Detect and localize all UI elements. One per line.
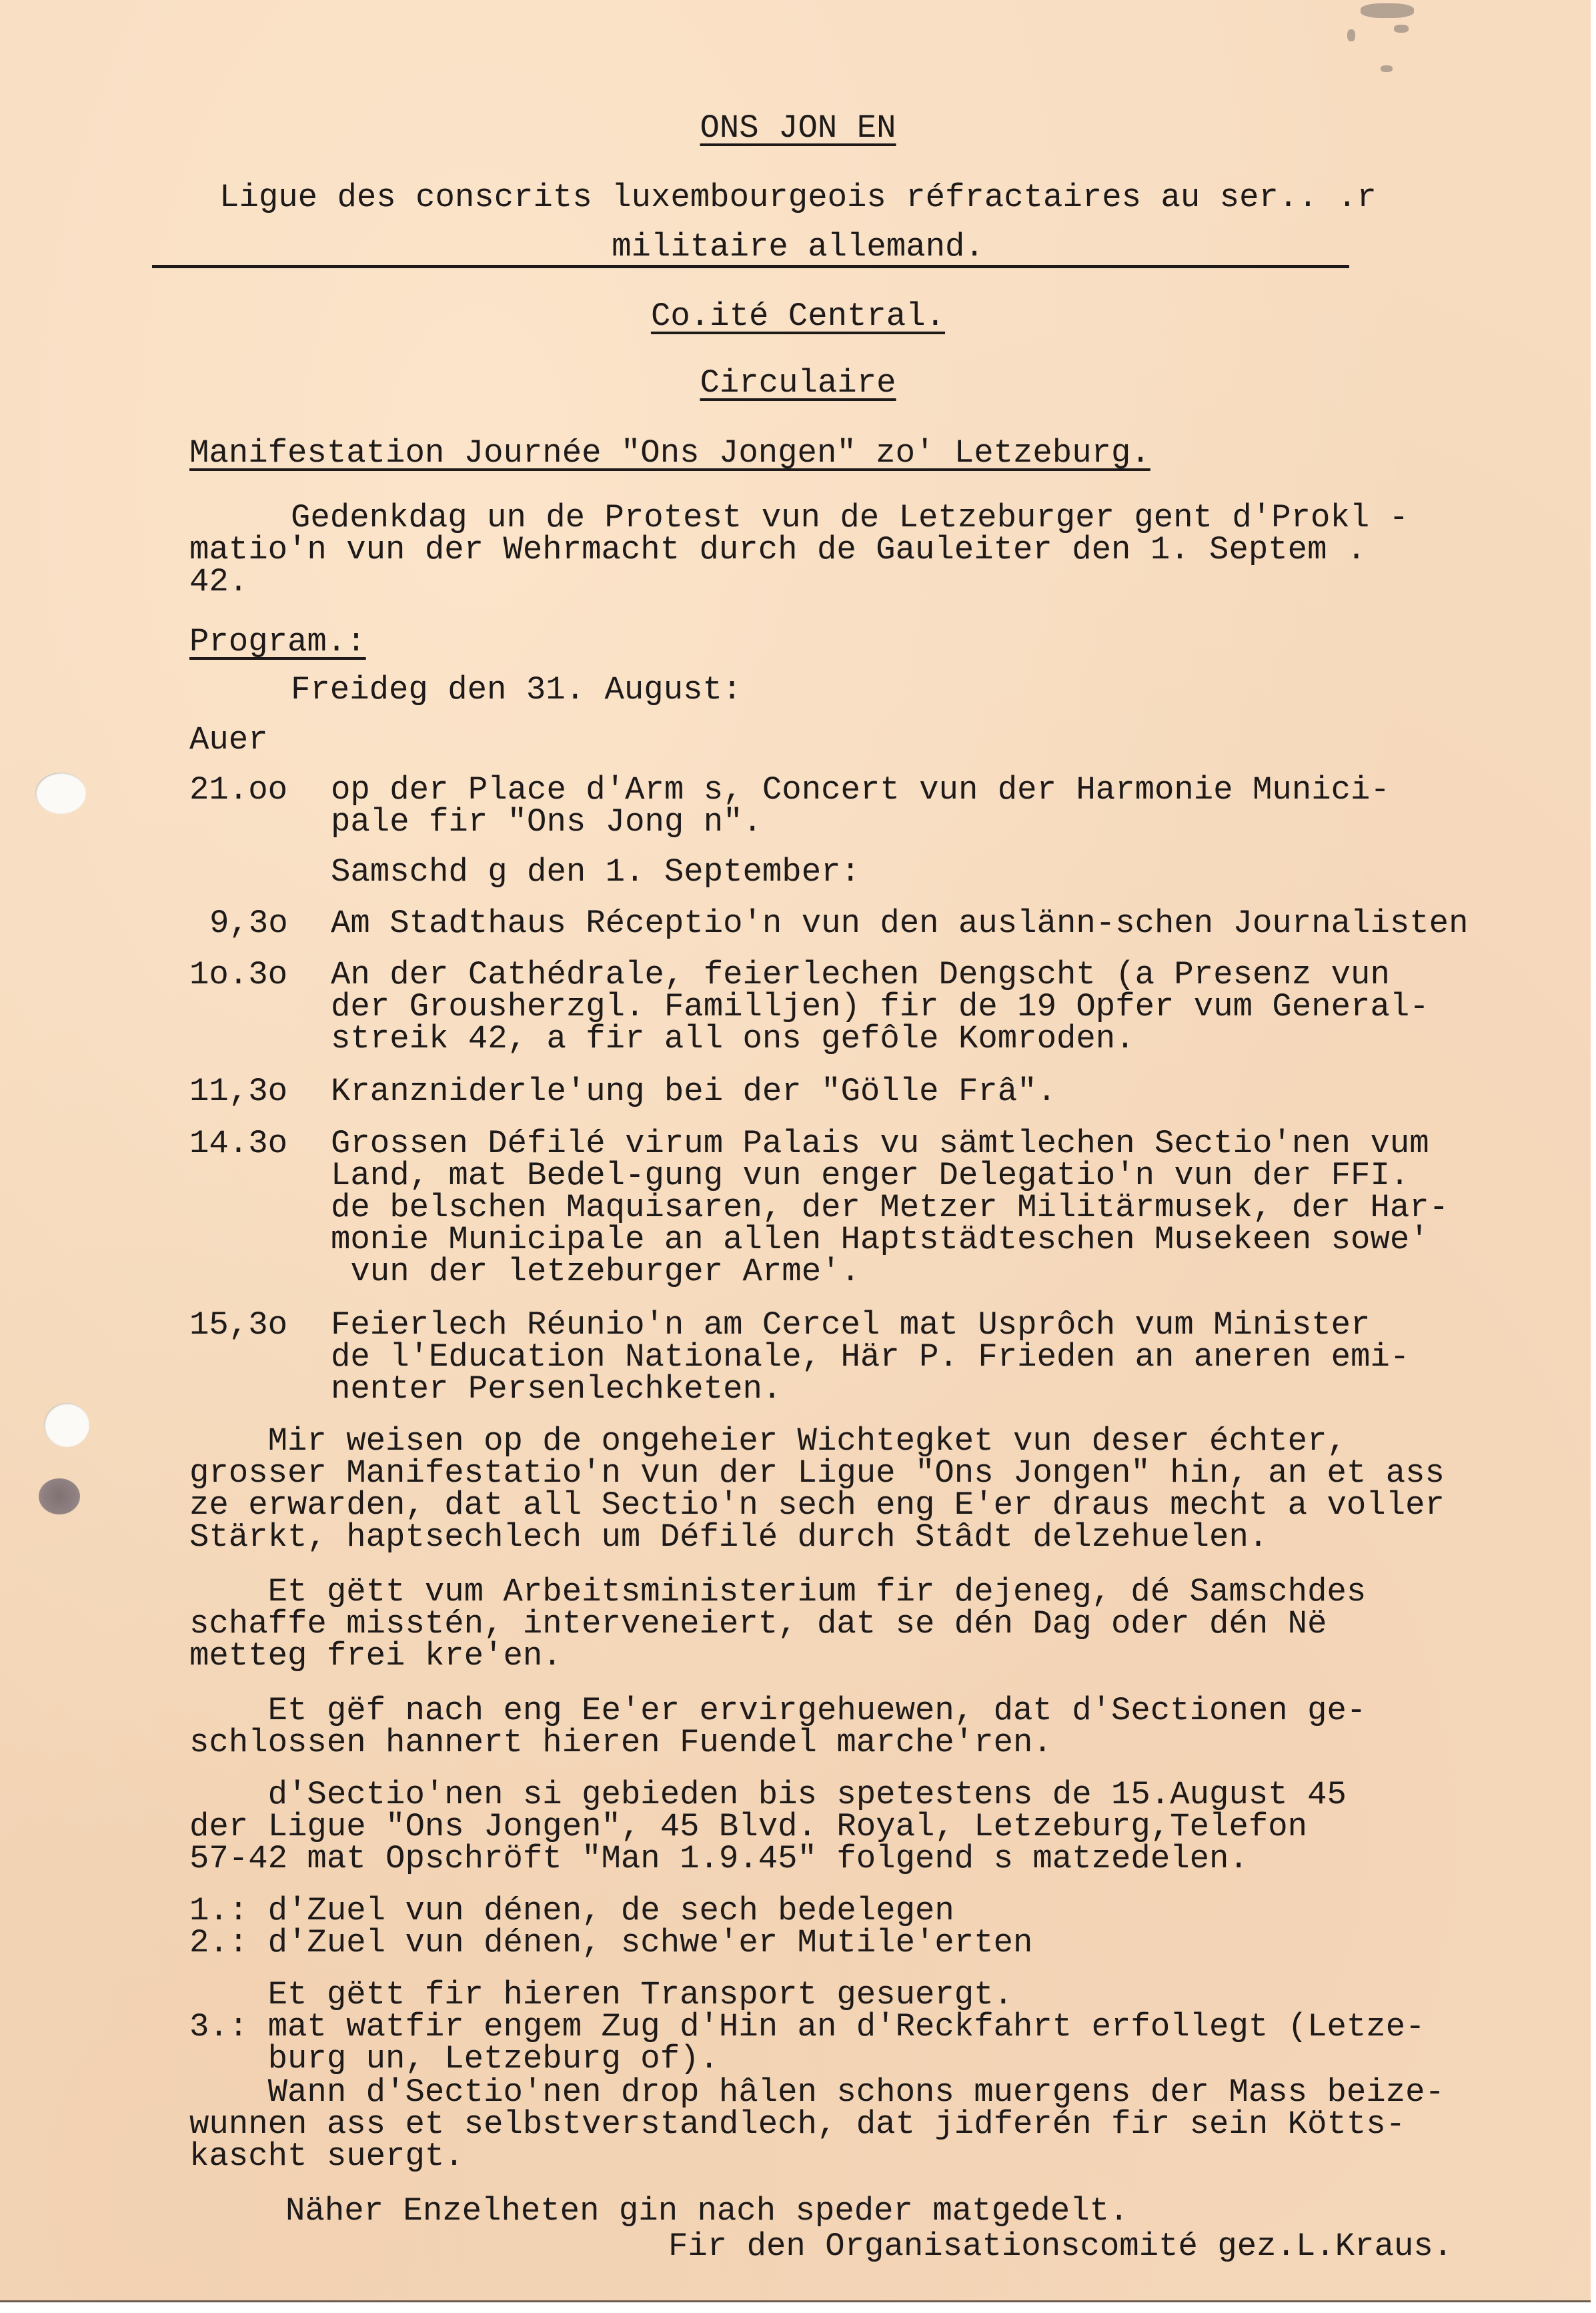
paper-fleck [1361,3,1414,18]
document-title: ONS JON EN [0,112,1596,144]
program-day1-heading: Freideg den 31. August: [291,674,742,706]
document-page: ONS JON EN Ligue des conscrits luxembour… [0,0,1591,2302]
program-item-line: Kranzniderle'ung bei der "Gölle Frâ". [331,1075,1056,1107]
header-divider [152,265,1349,268]
paper-fleck [1381,65,1393,72]
headline: Manifestation Journée "Ons Jongen" zo' L… [189,437,1150,469]
program-day2-heading: Samschd g den 1. September: [331,856,860,888]
program-item-line: Land, mat Bedel-gung vun enger Delegatio… [331,1160,1409,1192]
program-item-time: 21.oo [189,774,287,806]
program-item-line: Am Stadthaus Réceptio'n vun den auslänn-… [331,907,1468,939]
program-item-line: de belschen Maquisaren, der Metzer Milit… [331,1192,1449,1224]
program-item-line: vun der letzeburger Arme'. [331,1256,860,1288]
program-item-line: streik 42, a fir all ons gefôle Komroden… [331,1023,1135,1055]
document-subtitle-line2: militaire allemand. [0,231,1596,263]
transport-line: Et gëtt fir hieren Transport gesuergt. [189,1979,1013,2011]
program-item-time: 1o.3o [189,959,287,991]
program-item-line: op der Place d'Arm s, Concert vun der Ha… [331,774,1390,806]
punch-hole-bottom [44,1403,89,1447]
program-item-line: Feierlech Réunio'n am Cercel mat Usprôch… [331,1309,1370,1341]
intro-line-1: Gedenkdag un de Protest vun de Letzeburg… [291,502,1409,534]
paragraph-line: ze erwarden, dat all Sectio'n sech eng E… [189,1489,1445,1521]
program-item-time: 15,3o [189,1309,287,1341]
program-item-line: monie Municipale an allen Haptstädtesche… [331,1224,1429,1256]
paragraph-line: Stärkt, haptsechlech um Défilé durch Stâ… [189,1521,1268,1553]
program-item-line: pale fir "Ons Jong n". [331,806,762,838]
program-hours-heading: Auer [189,724,268,756]
transport-line: Wann d'Sectio'nen drop hâlen schons muer… [189,2076,1445,2108]
numbered-item-3-cont: burg un, Letzeburg of). [189,2043,719,2075]
ink-stain [39,1478,80,1514]
program-heading: Program.: [189,626,366,658]
paragraph-line: grosser Manifestatio'n vun der Ligue "On… [189,1457,1445,1489]
paper-fleck [1394,25,1409,33]
numbered-item-3: 3.: mat watfir engem Zug d'Hin an d'Reck… [189,2011,1425,2043]
transport-line: kascht suergt. [189,2140,464,2172]
intro-line-3: 42. [189,566,248,598]
paragraph-line: Et gëtt vum Arbeitsministerium fir dejen… [189,1576,1366,1608]
transport-line: wunnen ass et selbstverstandlech, dat ji… [189,2108,1405,2140]
signature: Fir den Organisationscomité gez.L.Kraus. [668,2230,1453,2262]
program-item-line: Grossen Défilé virum Palais vu sämtleche… [331,1127,1429,1160]
numbered-item-1: 1.: d'Zuel vun dénen, de sech bedelegen [189,1895,954,1927]
program-item-time: 14.3o [189,1127,287,1160]
paragraph-line: metteg frei kre'en. [189,1640,562,1672]
circular-heading: Circulaire [0,367,1596,399]
program-item-line: de l'Education Nationale, Här P. Frieden… [331,1341,1409,1373]
paragraph-line: 57-42 mat Opschröft "Man 1.9.45" folgend… [189,1843,1249,1875]
document-subtitle-line1: Ligue des conscrits luxembourgeois réfra… [0,181,1596,213]
numbered-item-2: 2.: d'Zuel vun dénen, schwe'er Mutile'er… [189,1927,1032,1959]
punch-hole-top [35,773,86,814]
paragraph-line: der Ligue "Ons Jongen", 45 Blvd. Royal, … [189,1811,1307,1843]
program-item-time: 11,3o [189,1075,287,1107]
program-item-line: nenter Persenlechketen. [331,1373,782,1405]
paper-fleck [1347,29,1355,41]
committee-heading: Co.ité Central. [0,300,1596,332]
program-item-line: der Grousherzgl. Familljen) fir de 19 Op… [331,991,1429,1023]
closing-line: Näher Enzelheten gin nach speder matgede… [285,2195,1128,2227]
paragraph-line: schlossen hannert hieren Fuendel marche'… [189,1727,1052,1759]
paragraph-line: d'Sectio'nen si gebieden bis spetestens … [189,1779,1347,1811]
program-item-line: An der Cathédrale, feierlechen Dengscht … [331,959,1390,991]
paragraph-line: Et gëf nach eng Ee'er ervirgehuewen, dat… [189,1695,1366,1727]
program-item-time: 9,3o [209,907,288,939]
intro-line-2: matio'n vun der Wehrmacht durch de Gaule… [189,534,1366,566]
paragraph-line: schaffe misstén, interveneiert, dat se d… [189,1608,1327,1640]
paragraph-line: Mir weisen op de ongeheier Wichtegket vu… [189,1425,1347,1457]
